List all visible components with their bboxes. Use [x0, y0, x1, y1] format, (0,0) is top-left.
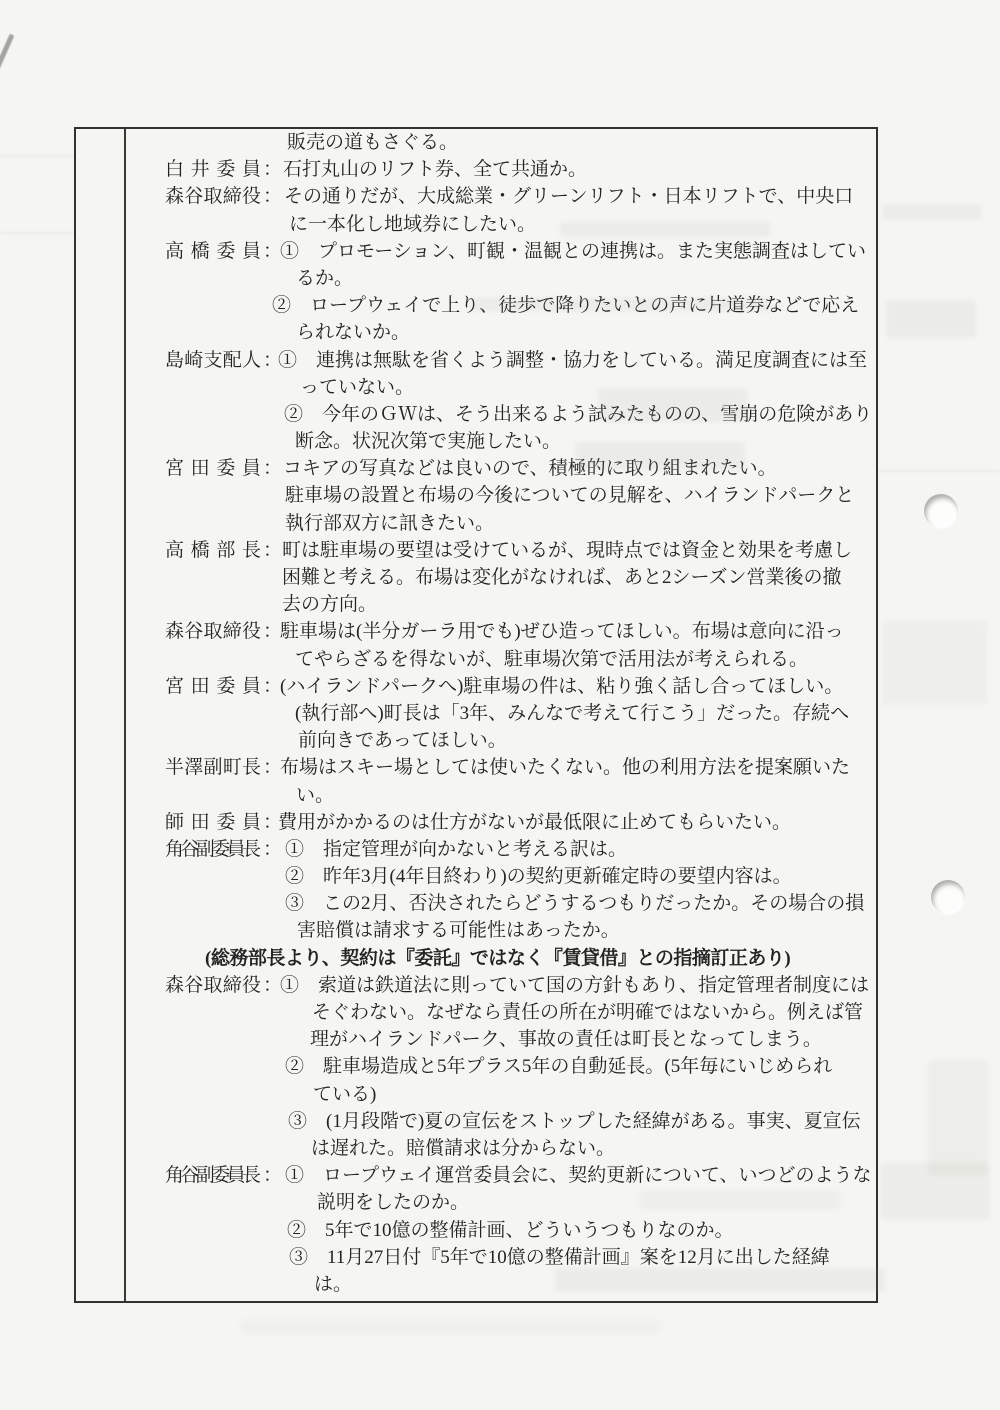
line-text: ② 昨年3月(4年目終わり)の契約更新確定時の要望内容は。 — [285, 863, 792, 890]
minutes-line: 師田委員：費用がかかるのは仕方がないが最低限に止めてもらいたい。 — [124, 809, 876, 836]
line-text: ② 5年で10億の整備計画、どういうつもりなのか。 — [287, 1217, 734, 1244]
minutes-line: てやらざるを得ないが、駐車場次第で活用法が考えられる。 — [124, 646, 876, 673]
minutes-line: は遅れた。賠償請求は分からない。 — [124, 1135, 876, 1162]
punch-hole — [931, 880, 965, 914]
bleed-through-line — [878, 470, 1000, 472]
speaker-name: 師田委員 — [165, 809, 261, 836]
minutes-line: 害賠償は請求する可能性はあったか。 — [124, 917, 876, 944]
speaker-name: 角谷副委員長 — [165, 1162, 261, 1189]
speaker-colon: ： — [263, 809, 282, 836]
minutes-line: 去の方向。 — [124, 591, 876, 618]
line-text: ③ この2月、否決されたらどうするつもりだったか。その場合の損 — [285, 890, 864, 917]
line-text: 去の方向。 — [282, 591, 377, 618]
line-text: その通りだが、大成総業・グリーンリフト・日本リフトで、中央口 — [284, 183, 853, 210]
speaker-colon: ： — [263, 347, 282, 374]
minutes-line: ② 5年で10億の整備計画、どういうつもりなのか。 — [124, 1217, 876, 1244]
minutes-line: 困難と考える。布場は変化がなければ、あと2シーズン営業後の撤 — [124, 564, 876, 591]
minutes-line: ③ この2月、否決されたらどうするつもりだったか。その場合の損 — [124, 890, 876, 917]
speaker-name: 森谷取締役 — [165, 972, 261, 999]
line-text: ③ (1月段階で)夏の宣伝をストップした経緯がある。事実、夏宣伝 — [288, 1108, 861, 1135]
punch-hole — [924, 494, 958, 528]
line-text: 駐車場は(半分ガーラ用でも)ぜひ造ってほしい。布場は意向に沿っ — [280, 618, 844, 645]
line-text: てやらざるを得ないが、駐車場次第で活用法が考えられる。 — [295, 646, 808, 673]
minutes-line: ② 駐車場造成と5年プラス5年の自動延長。(5年毎にいじめられ — [124, 1053, 876, 1080]
speaker-colon: ： — [263, 673, 282, 700]
line-text: 石打丸山のリフト券、全て共通か。 — [283, 156, 587, 183]
minutes-line: ③ 11月27日付『5年で10億の整備計画』案を12月に出した経緯 — [124, 1244, 876, 1271]
minutes-line: 執行部双方に訊きたい。 — [124, 510, 876, 537]
minutes-line: 高橋部長：町は駐車場の要望は受けているが、現時点では資金と効果を考慮し — [124, 537, 876, 564]
bleed-through-smudge — [640, 1190, 840, 1210]
minutes-line: 森谷取締役：駐車場は(半分ガーラ用でも)ぜひ造ってほしい。布場は意向に沿っ — [124, 618, 876, 645]
line-text: 駐車場の設置と布場の今後についての見解を、ハイランドパークと — [285, 482, 854, 509]
minutes-line: い。 — [124, 782, 876, 809]
speaker-colon: ： — [263, 754, 282, 781]
bleed-through-smudge — [555, 1268, 885, 1292]
line-text: は遅れた。賠償請求は分からない。 — [311, 1135, 615, 1162]
speaker-name: 角谷副委員長 — [165, 836, 261, 863]
minutes-line: 半澤副町長：布場はスキー場としては使いたくない。他の利用方法を提案願いた — [124, 754, 876, 781]
line-text: そぐわない。なぜなら責任の所在が明確ではないから。例えば管 — [312, 999, 863, 1026]
minutes-line: 前向きであってほしい。 — [124, 727, 876, 754]
line-text: 害賠償は請求する可能性はあったか。 — [297, 917, 620, 944]
line-text: るか。 — [296, 265, 353, 292]
line-text: 執行部双方に訊きたい。 — [285, 510, 494, 537]
line-text: い。 — [296, 782, 334, 809]
line-text: ② 今年のＧＷは、そう出来るよう試みたものの、雪崩の危険があり — [284, 401, 872, 428]
line-text: っていない。 — [300, 374, 414, 401]
line-text: ① 索道は鉄道法に則っていて国の方針もあり、指定管理者制度には — [280, 972, 869, 999]
minutes-line: 宮田委員：(ハイランドパークへ)駐車場の件は、粘り強く話し合ってほしい。 — [124, 673, 876, 700]
speaker-name: 白井委員 — [165, 156, 261, 183]
minutes-line: られないか。 — [124, 319, 876, 346]
scan-edge-artifact — [0, 34, 14, 93]
speaker-name: 宮田委員 — [165, 673, 261, 700]
minutes-line: ている) — [124, 1081, 876, 1108]
speaker-name: 島崎支配人 — [165, 347, 261, 374]
speaker-colon: ： — [263, 455, 282, 482]
bleed-through-smudge — [882, 205, 982, 220]
minutes-line: っていない。 — [124, 374, 876, 401]
speaker-colon: ： — [263, 836, 282, 863]
minutes-line: 森谷取締役：その通りだが、大成総業・グリーンリフト・日本リフトで、中央口 — [124, 183, 876, 210]
note-line: (総務部長より、契約は『委託』ではなく『賃貸借』との指摘訂正あり) — [124, 945, 876, 972]
line-text: ① 連携は無駄を省くよう調整・協力をしている。満足度調査には至 — [278, 347, 867, 374]
minutes-line: ③ (1月段階で)夏の宣伝をストップした経緯がある。事実、夏宣伝 — [124, 1108, 876, 1135]
minutes-line: 白井委員：石打丸山のリフト券、全て共通か。 — [124, 156, 876, 183]
minutes-line: るか。 — [124, 265, 876, 292]
line-text: ている) — [313, 1081, 376, 1108]
speaker-colon: ： — [263, 183, 282, 210]
minutes-line: ② 昨年3月(4年目終わり)の契約更新確定時の要望内容は。 — [124, 863, 876, 890]
line-text: (ハイランドパークへ)駐車場の件は、粘り強く話し合ってほしい。 — [280, 673, 843, 700]
line-text: 布場はスキー場としては使いたくない。他の利用方法を提案願いた — [280, 754, 850, 781]
speaker-name: 半澤副町長 — [165, 754, 261, 781]
line-text: (執行部へ)町長は「3年、みんなで考えて行こう」だった。存続へ — [295, 700, 849, 727]
minutes-line: 森谷取締役：① 索道は鉄道法に則っていて国の方針もあり、指定管理者制度には — [124, 972, 876, 999]
line-text: 困難と考える。布場は変化がなければ、あと2シーズン営業後の撤 — [282, 564, 842, 591]
minutes-line: (執行部へ)町長は「3年、みんなで考えて行こう」だった。存続へ — [124, 700, 876, 727]
minutes-line: ② 今年のＧＷは、そう出来るよう試みたものの、雪崩の危険があり — [124, 401, 876, 428]
line-text: ② 駐車場造成と5年プラス5年の自動延長。(5年毎にいじめられ — [285, 1053, 832, 1080]
line-text: 断念。状況次第で実施したい。 — [295, 428, 561, 455]
minutes-line: 宮田委員：コキアの写真などは良いので、積極的に取り組まれたい。 — [124, 455, 876, 482]
minutes-line: 断念。状況次第で実施したい。 — [124, 428, 876, 455]
line-text: 前向きであってほしい。 — [298, 727, 507, 754]
line-text: は。 — [314, 1271, 352, 1298]
line-text: (総務部長より、契約は『委託』ではなく『賃貸借』との指摘訂正あり) — [205, 945, 790, 972]
line-text: 説明をしたのか。 — [317, 1189, 469, 1216]
minutes-line: 販売の道もさぐる。 — [124, 129, 876, 156]
scanned-page: 販売の道もさぐる。白井委員：石打丸山のリフト券、全て共通か。森谷取締役：その通り… — [0, 0, 1000, 1410]
line-text: 販売の道もさぐる。 — [287, 129, 458, 156]
line-text: ① ロープウェイ運営委員会に、契約更新について、いつどのような — [285, 1162, 872, 1189]
minutes-line: 角谷副委員長：① 指定管理が向かないと考える訳は。 — [124, 836, 876, 863]
speaker-colon: ： — [263, 972, 282, 999]
line-text: 理がハイランドパーク、事故の責任は町長となってしまう。 — [310, 1026, 822, 1053]
bleed-through-smudge — [470, 298, 770, 311]
bleed-through-smudge — [880, 1162, 990, 1220]
speaker-colon: ： — [263, 1162, 282, 1189]
bleed-through-smudge — [882, 620, 987, 705]
line-text: られないか。 — [296, 319, 410, 346]
speaker-colon: ： — [263, 618, 282, 645]
bleed-through-smudge — [886, 300, 976, 338]
line-text: ① 指定管理が向かないと考える訳は。 — [285, 836, 627, 863]
speaker-name: 高橋部長 — [165, 537, 261, 564]
minutes-line: 角谷副委員長：① ロープウェイ運営委員会に、契約更新について、いつどのような — [124, 1162, 876, 1189]
line-text: ① プロモーション、町観・温観との連携は。また実態調査はしてい — [280, 238, 866, 265]
speaker-name: 森谷取締役 — [165, 183, 261, 210]
bleed-through-line — [0, 155, 74, 157]
minutes-line: 島崎支配人：① 連携は無駄を省くよう調整・協力をしている。満足度調査には至 — [124, 347, 876, 374]
speaker-colon: ： — [263, 537, 282, 564]
speaker-name: 宮田委員 — [165, 455, 261, 482]
line-text: 町は駐車場の要望は受けているが、現時点では資金と効果を考慮し — [282, 537, 852, 564]
line-text: 費用がかかるのは仕方がないが最低限に止めてもらいたい。 — [278, 809, 791, 836]
line-text: ③ 11月27日付『5年で10億の整備計画』案を12月に出した経緯 — [289, 1244, 830, 1271]
minutes-line: 理がハイランドパーク、事故の責任は町長となってしまう。 — [124, 1026, 876, 1053]
minutes-line: 高橋委員：① プロモーション、町観・温観との連携は。また実態調査はしてい — [124, 238, 876, 265]
bleed-through-smudge — [560, 222, 770, 237]
speaker-colon: ： — [263, 156, 282, 183]
bleed-through-smudge — [240, 1320, 660, 1334]
bleed-through-smudge — [928, 1060, 988, 1175]
minutes-line: そぐわない。なぜなら責任の所在が明確ではないから。例えば管 — [124, 999, 876, 1026]
line-text: に一本化し地域券にしたい。 — [289, 211, 536, 238]
bleed-through-smudge — [598, 388, 748, 422]
speaker-name: 高橋委員 — [165, 238, 261, 265]
bleed-through-smudge — [575, 442, 745, 470]
minutes-line: 駐車場の設置と布場の今後についての見解を、ハイランドパークと — [124, 482, 876, 509]
speaker-colon: ： — [263, 238, 282, 265]
speaker-name: 森谷取締役 — [165, 618, 261, 645]
bleed-through-line — [0, 232, 74, 234]
